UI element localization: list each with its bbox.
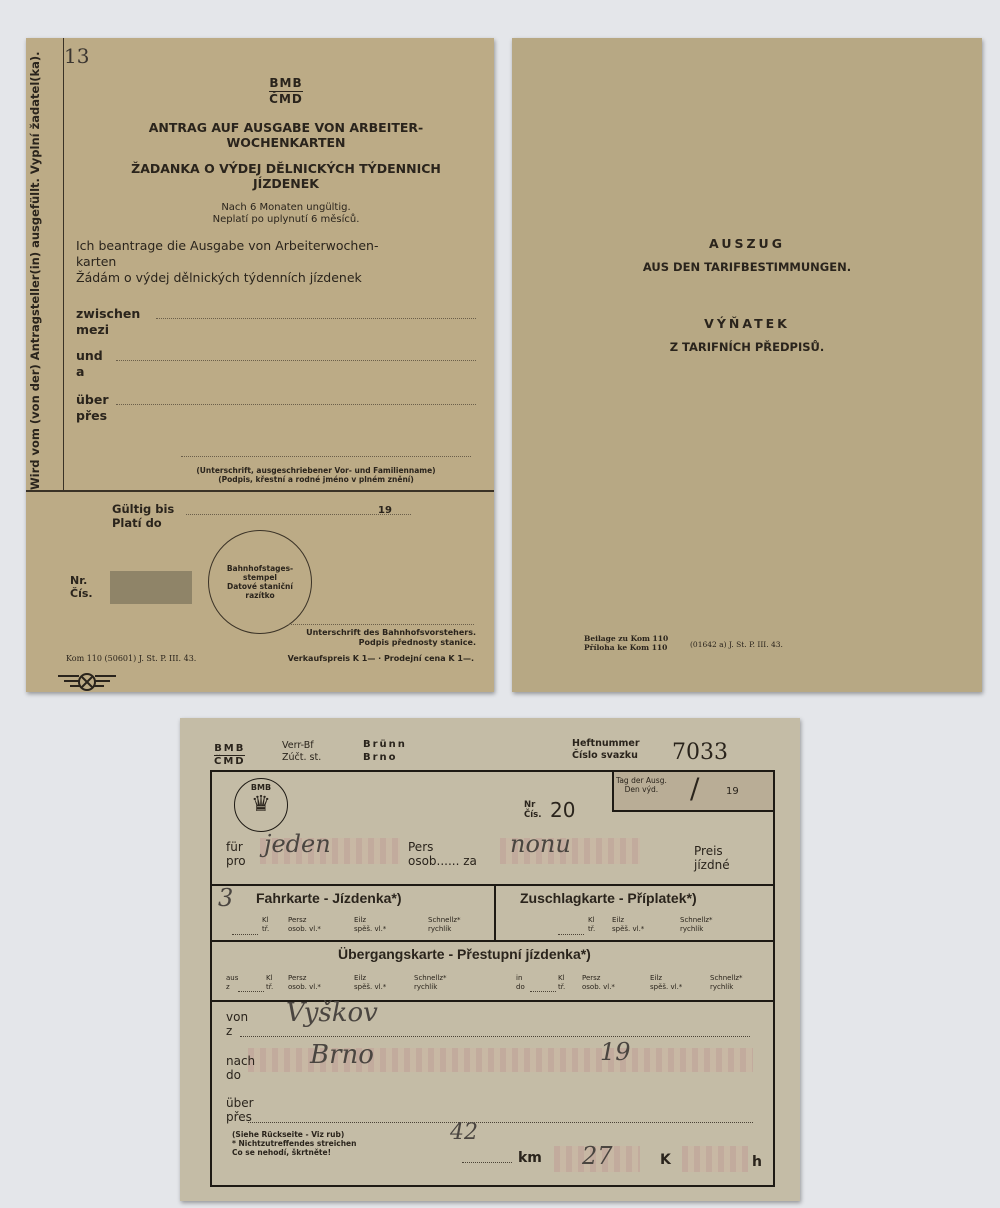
pers-de: Pers (408, 840, 477, 854)
nr-de: Nr (524, 800, 541, 810)
station-de: Brünn (363, 738, 407, 751)
railway-cz: ČMD (214, 756, 246, 767)
number-label-cz: Čís. (70, 587, 93, 600)
persons-label: Pers osob...... za (408, 840, 477, 868)
railway-cz: ČMD (256, 92, 316, 106)
route-to-label: nach do (226, 1054, 255, 1082)
footnotes: (Siehe Rückseite - Viz rub) * Nichtzutre… (232, 1130, 356, 1157)
station-stamp-circle: Bahnhofstages- stempel Datové staniční r… (208, 530, 312, 634)
field-line (116, 404, 476, 405)
ticket-type-uebergang: Übergangskarte - Přestupní jízdenka*) (338, 946, 591, 962)
validity-note: Nach 6 Monaten ungültig. Neplatí po uply… (86, 202, 486, 226)
attachment-note: Beilage zu Kom 110 Příloha ke Kom 110 (584, 634, 668, 652)
booklet-number-label: Heftnummer Číslo svazku (572, 738, 640, 762)
number-label: Nr. Čís. (70, 574, 93, 600)
col-eilz: Eilzspěš. vl.* (650, 974, 682, 991)
handwritten-class: 3 (218, 884, 233, 912)
route-via-label: über přes (226, 1096, 254, 1124)
signature-line (181, 456, 471, 457)
handwritten-persons: jeden (264, 830, 331, 858)
pers-cz: osob...... za (408, 854, 477, 868)
footnote-1: (Siehe Rückseite - Viz rub) (232, 1130, 356, 1139)
field-between: zwischen mezi (76, 306, 476, 338)
eagle-icon: ♛ (235, 792, 287, 818)
for-label: für pro (226, 840, 246, 868)
field-line (156, 318, 476, 319)
km-label: km (518, 1150, 542, 1166)
signature-caption: (Unterschrift, ausgeschriebener Vor- und… (156, 466, 476, 484)
col-schnellz: Schnellz*rychlík (428, 916, 461, 933)
stamp-text: stempel (227, 573, 293, 582)
route-to-cz: do (226, 1068, 255, 1082)
stamp-text: razítko (227, 591, 293, 600)
field-and: und a (76, 348, 476, 380)
ticket-number: 20 (550, 798, 575, 822)
heft-cz: Číslo svazku (572, 750, 640, 762)
side-note: Wird vom (von der) Antragsteller(in) aus… (28, 50, 42, 490)
handwritten-destination: Brno (310, 1040, 374, 1070)
handwritten-number: 13 (64, 44, 89, 68)
field-label-de: zwischen (76, 306, 476, 322)
class-line (232, 934, 258, 935)
section-divider-vertical (494, 884, 496, 940)
booklet-subtitle-cz: Z TARIFNÍCH PŘEDPISŮ. (512, 340, 982, 354)
booklet-subtitle-de: AUS DEN TARIFBESTIMMUNGEN. (512, 260, 982, 274)
sale-price: Verkaufspreis K 1— · Prodejní cena K 1—. (244, 654, 474, 663)
price-label: Preis jízdné (694, 844, 730, 872)
valid-until-label: Gültig bis Platí do (112, 502, 174, 530)
tariff-booklet-document: AUSZUG AUS DEN TARIFBESTIMMUNGEN. VÝŇATE… (512, 38, 982, 692)
stamp-text: Datové staniční (227, 582, 293, 591)
col-class: Kltř. (558, 974, 565, 991)
issue-label-de: Tag der Ausg. (616, 776, 667, 785)
emblem-text: BMB (235, 783, 287, 792)
railway-mark: BMB ČMD (256, 72, 316, 106)
col-class: Kltř. (266, 974, 273, 991)
issue-date-slash: / (690, 772, 699, 805)
title-cz-line1: ŽADANKA O VÝDEJ DĚLNICKÝCH TÝDENNICH (86, 161, 486, 176)
field-label-de: und (76, 348, 476, 364)
booklet-number: 7033 (672, 740, 728, 765)
stamp-text: Bahnhofstages- (227, 564, 293, 573)
signature-caption-cz: (Podpis, křestní a rodné jméno v plném z… (156, 475, 476, 484)
col-class: Kltř. (588, 916, 595, 933)
ticket-type-fahrkarte: Fahrkarte - Jízdenka*) (256, 890, 402, 906)
eagle-emblem-icon: BMB ♛ (234, 778, 288, 832)
field-label-cz: mezi (76, 322, 476, 338)
valid-until-cz: Platí do (112, 516, 174, 530)
preis-de: Preis (694, 844, 730, 858)
request-cz: Žádám o výdej dělnických týdenních jízde… (76, 270, 486, 286)
issue-date-label: Tag der Ausg. Den výd. (616, 776, 667, 794)
col-eilz: Eilzspěš. vl.* (354, 974, 386, 991)
railway-de: BMB (269, 76, 302, 92)
title-cz-line2: JÍZDENEK (86, 176, 486, 191)
railway-de: BMB (214, 743, 245, 756)
handwritten-price: 27 (582, 1142, 613, 1170)
nr-cz: Čís. (524, 810, 541, 820)
col-persz: Perszosob. vl.* (288, 974, 321, 991)
station-cz: Brno (363, 751, 407, 764)
booklet-title-cz: VÝŇATEK (512, 316, 982, 331)
heller-label: h (752, 1154, 762, 1170)
booklet-form-code: (01642 a) J. St. P. III. 43. (690, 640, 783, 649)
field-via: über přes (76, 392, 476, 424)
winged-wheel-logo-icon (56, 670, 118, 694)
footnote-3: Co se nehodí, škrtněte! (232, 1148, 356, 1157)
request-text: Ich beantrage die Ausgabe von Arbeiterwo… (76, 238, 486, 286)
issue-label-cz: Den výd. (616, 785, 667, 794)
class-line (530, 991, 556, 992)
validity-de: Nach 6 Monaten ungültig. (86, 202, 486, 214)
number-box (110, 571, 192, 604)
request-de-line2: karten (76, 254, 486, 270)
handwritten-price-words: nonu (510, 830, 571, 858)
ticket-type-zuschlag: Zuschlagkarte - Příplatek*) (520, 890, 697, 906)
route-from-label: von z (226, 1010, 248, 1038)
divider (26, 490, 494, 492)
col-schnellz: Schnellz*rychlík (710, 974, 743, 991)
stationmaster-caption: Unterschrift des Bahnhofsvorstehers. Pod… (256, 628, 476, 648)
col-eilz: Eilzspěš. vl.* (612, 916, 644, 933)
valid-until-year: 19 (378, 505, 392, 516)
station-name: Brünn Brno (363, 738, 407, 764)
railway-ticket-document: BMB ČMD Verr-Bf Zúčt. st. Brünn Brno Hef… (180, 718, 800, 1201)
route-from-de: von (226, 1010, 248, 1024)
booklet-title-de: AUSZUG (512, 236, 982, 251)
issue-year: 19 (726, 786, 739, 797)
section-divider (210, 940, 775, 942)
title-de-line1: ANTRAG AUF AUSGABE VON ARBEITER- (86, 120, 486, 135)
for-de: für (226, 840, 246, 854)
preis-cz: jízdné (694, 858, 730, 872)
title-de-line2: WOCHENKARTEN (86, 135, 486, 150)
application-form-document: Wird vom (von der) Antragsteller(in) aus… (26, 38, 494, 692)
route-via-line (248, 1122, 753, 1123)
stationmaster-cz: Podpis přednosty stanice. (256, 638, 476, 648)
form-code: Kom 110 (50601) J. St. P. III. 43. (66, 654, 196, 663)
field-label-cz: přes (76, 408, 476, 424)
class-line (558, 934, 584, 935)
verr-cz: Zúčt. st. (282, 752, 321, 764)
valid-until-de: Gültig bis (112, 502, 174, 516)
col-persz: Perszosob. vl.* (582, 974, 615, 991)
footnote-2: * Nichtzutreffendes streichen (232, 1139, 356, 1148)
field-label-cz: a (76, 364, 476, 380)
stationmaster-de: Unterschrift des Bahnhofsvorstehers. (256, 628, 476, 638)
validity-cz: Neplatí po uplynutí 6 měsíců. (86, 214, 486, 226)
route-from-line (240, 1036, 750, 1037)
ticket-railway-mark: BMB ČMD (214, 736, 246, 767)
for-cz: pro (226, 854, 246, 868)
col-class: Kltř. (262, 916, 269, 933)
section-divider (210, 884, 775, 886)
col-eilz: Eilzspěš. vl.* (354, 916, 386, 933)
ticket-number-label: Nr Čís. (524, 800, 541, 820)
attachment-de: Beilage zu Kom 110 (584, 634, 668, 643)
col-from: ausz (226, 974, 238, 991)
class-line (238, 991, 264, 992)
accounting-station-label: Verr-Bf Zúčt. st. (282, 740, 321, 764)
stationmaster-signature-line (288, 624, 474, 625)
col-to: indo (516, 974, 525, 991)
km-line (462, 1162, 512, 1163)
crown-label: K (660, 1152, 671, 1168)
col-schnellz: Schnellz*rychlík (680, 916, 713, 933)
request-de-line1: Ich beantrage die Ausgabe von Arbeiterwo… (76, 238, 486, 254)
handwritten-km: 42 (450, 1120, 478, 1145)
handwritten-origin: Vyškov (286, 998, 378, 1028)
heft-de: Heftnummer (572, 738, 640, 750)
route-via-de: über (226, 1096, 254, 1110)
field-label-de: über (76, 392, 476, 408)
number-label-de: Nr. (70, 574, 93, 587)
col-schnellz: Schnellz*rychlík (414, 974, 447, 991)
field-line (116, 360, 476, 361)
title-german: ANTRAG AUF AUSGABE VON ARBEITER- WOCHENK… (86, 120, 486, 150)
security-band (682, 1146, 748, 1172)
attachment-cz: Příloha ke Kom 110 (584, 643, 668, 652)
signature-caption-de: (Unterschrift, ausgeschriebener Vor- und… (156, 466, 476, 475)
title-czech: ŽADANKA O VÝDEJ DĚLNICKÝCH TÝDENNICH JÍZ… (86, 161, 486, 191)
verr-de: Verr-Bf (282, 740, 321, 752)
route-to-de: nach (226, 1054, 255, 1068)
col-persz: Perszosob. vl.* (288, 916, 321, 933)
handwritten-date: 19 (600, 1038, 631, 1066)
